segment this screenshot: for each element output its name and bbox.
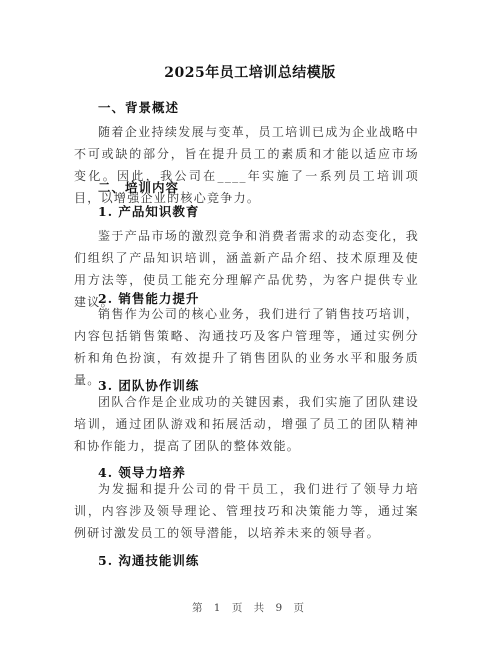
document-title: 2025年员工培训总结模版 — [0, 62, 500, 82]
subsection-paragraph-teamwork: 团队合作是企业成功的关键因素，我们实施了团队建设培训，通过团队游戏和拓展活动，增… — [74, 391, 419, 457]
subsection-heading-communication: 5. 沟通技能训练 — [98, 551, 199, 569]
document-page: 2025年员工培训总结模版 一、背景概述 随着企业持续发展与变革，员工培训已成为… — [0, 0, 500, 647]
page-footer: 第 1 页 共 9 页 — [0, 600, 500, 615]
subsection-paragraph-leadership: 为发掘和提升公司的骨干员工，我们进行了领导力培训，内容涉及领导理论、管理技巧和决… — [74, 478, 419, 544]
subsection-heading-product-knowledge: 1. 产品知识教育 — [98, 202, 199, 220]
section-heading-training-content: 二、培训内容 — [98, 178, 179, 196]
section-heading-background: 一、背景概述 — [98, 98, 179, 116]
